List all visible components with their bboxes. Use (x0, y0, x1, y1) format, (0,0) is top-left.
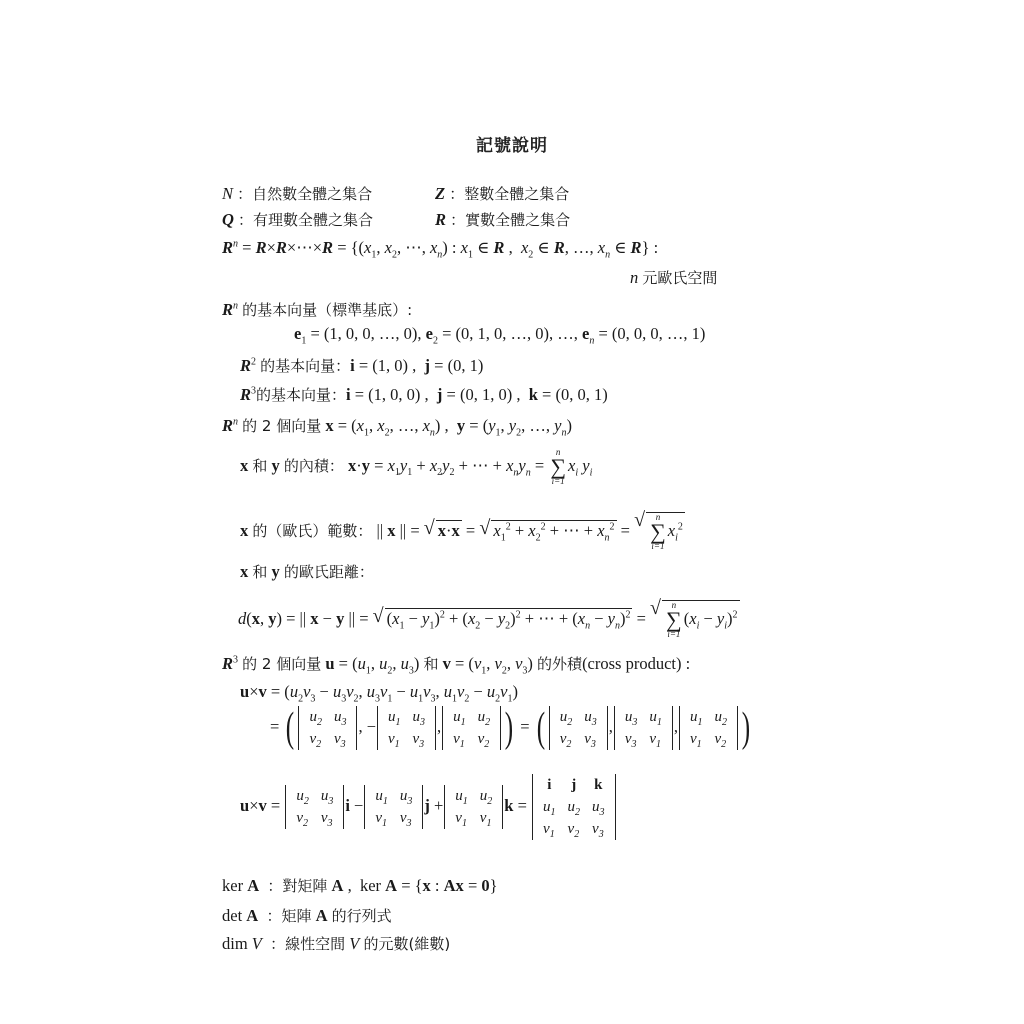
distance-formula: d(x, y) = || x − y || = (x1 − y1)2 + (x2… (238, 600, 740, 639)
cross-formula-3: u×v = u2u3v2v3i −u1u3v1v3j +u1u2v1v1k = … (240, 774, 617, 840)
cross-formula-1: u×v = (u2v3 − u3v2, u3v1 − u1v3, u1v2 − … (240, 682, 518, 702)
set-q: Q ：有理數全體之集合 (222, 210, 373, 230)
distance-label: x 和 y 的歐氏距離： (240, 562, 374, 582)
r3-basis: R3的基本向量：i = (1, 0, 0) , j = (0, 1, 0) , … (240, 385, 608, 405)
basis-vectors: e1 = (1, 0, 0, …, 0), e2 = (0, 1, 0, …, … (294, 324, 705, 344)
basis-heading: Rn 的基本向量（標準基底）: (222, 300, 412, 320)
summation-symbol: n∑i=1 (550, 448, 566, 486)
cross-product-heading: R3 的 2 個向量 u = (u1, u2, u3) 和 v = (v1, v… (222, 654, 690, 674)
notation-det: det A ：矩陣 A 的行列式 (222, 906, 392, 926)
rn-definition: Rn = R×R×⋯×R = {(x1, x2, ⋯, xn) : x1 ∈ R… (222, 238, 658, 258)
set-n: N ：自然數全體之集合 (222, 184, 372, 204)
set-z: Z ：整數全體之集合 (435, 184, 569, 204)
n-symbol: n (630, 268, 638, 287)
space-label-text: 元歐氏空間 (642, 269, 717, 287)
two-vectors: Rn 的 2 個向量 x = (x1, x2, …, xn) , y = (y1… (222, 416, 572, 436)
page-title: 記號說明 (0, 131, 1024, 156)
cross-formula-2: = (u2u3v2v3, −u1u3v1v3,u1u2v1v2) = (u2u3… (270, 706, 753, 750)
notation-dim: dim V ：線性空間 V 的元數(維數) (222, 934, 450, 954)
norm: x 的（歐氏）範數： || x || = x·x = x12 + x22 + ⋯… (240, 512, 685, 551)
inner-product: x 和 y 的內積： x·y = x1y1 + x2y2 + ⋯ + xnyn … (240, 448, 592, 486)
notation-ker: ker A ：對矩陣 A , ker A = {x : Ax = 0} (222, 876, 498, 896)
set-r: R ：實數全體之集合 (435, 210, 570, 230)
rn-space-label: n 元歐氏空間 (630, 268, 717, 288)
r2-basis: R2 的基本向量：i = (1, 0) , j = (0, 1) (240, 356, 483, 376)
